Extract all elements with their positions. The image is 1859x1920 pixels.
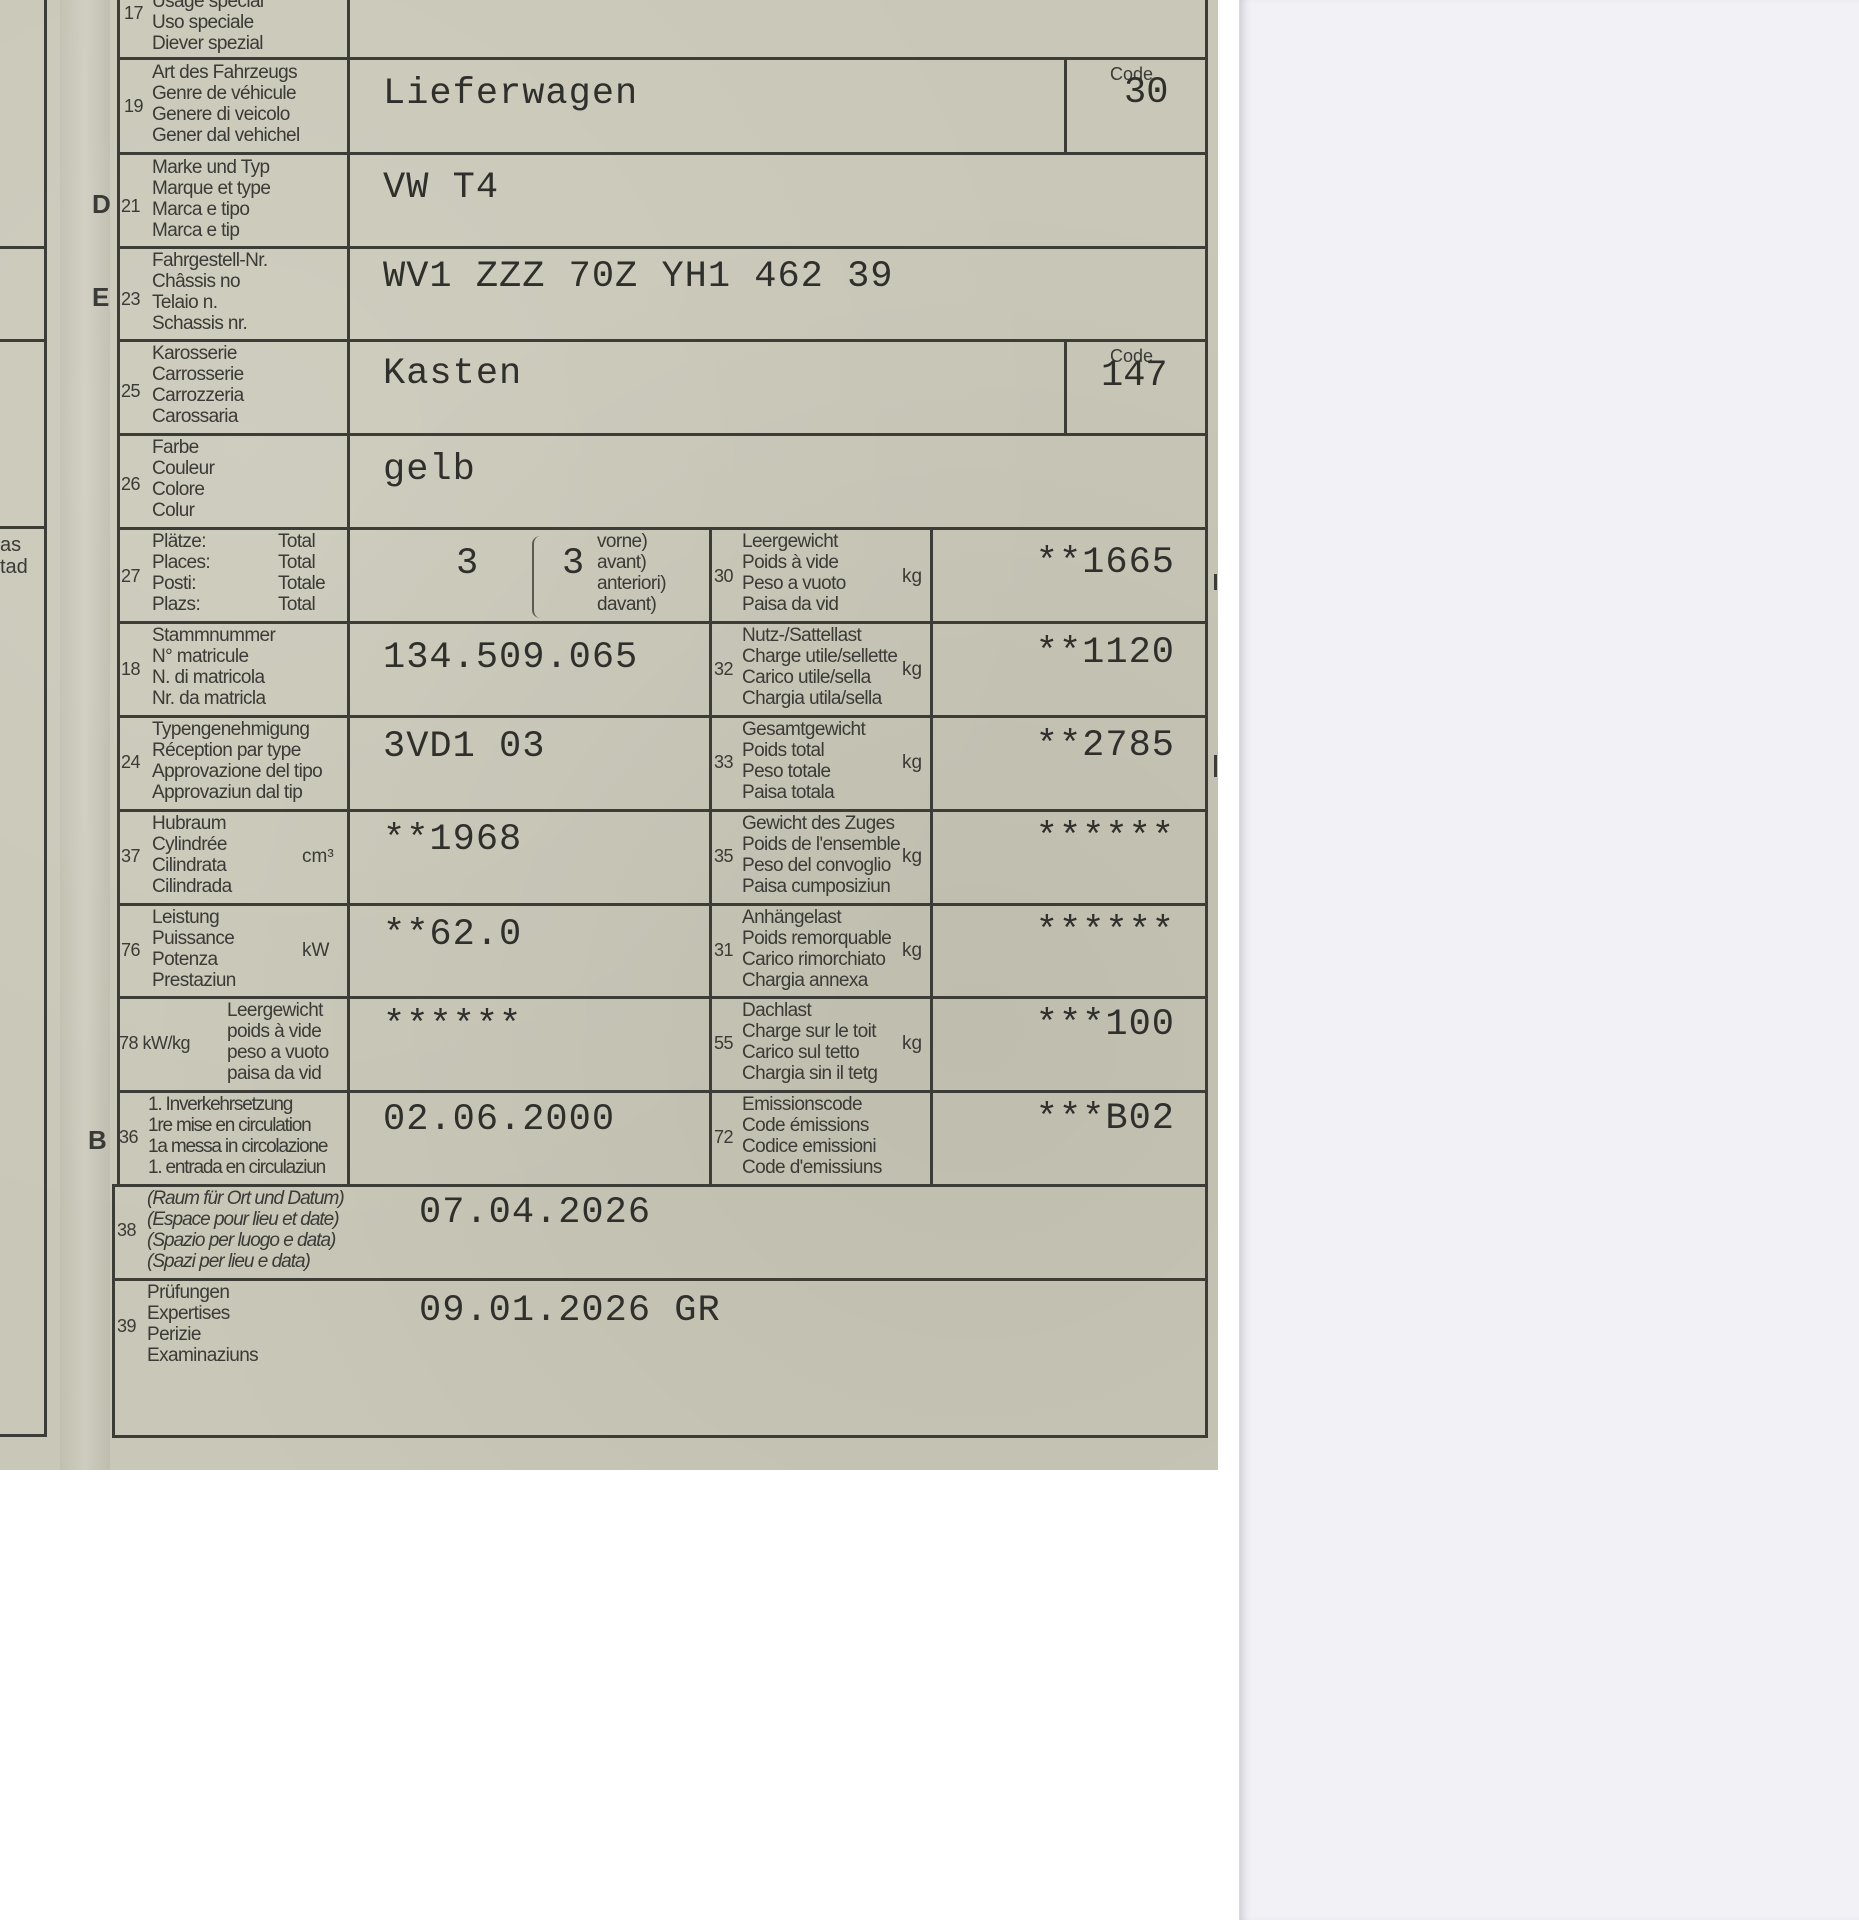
vehicle-type-code: 30: [1124, 72, 1168, 114]
field-number: 55: [714, 1033, 733, 1054]
field-label-31: AnhängelastPoids remorquableCarico rimor…: [742, 907, 891, 991]
code-box-divider: [1064, 57, 1067, 154]
unit-kg: kg: [902, 566, 922, 588]
field-number: 35: [714, 846, 733, 867]
left-page-partial-text: as: [0, 534, 21, 557]
row-divider: [117, 152, 1208, 155]
field-label-21: Marke und TypMarque et typeMarca e tipoM…: [152, 157, 270, 241]
section-letter-d: D: [92, 189, 111, 220]
unit-kg: kg: [902, 846, 922, 868]
field-number: 39: [117, 1316, 136, 1337]
field-label-25: KarosserieCarrosserieCarrozzeriaCarossar…: [152, 343, 244, 427]
left-page-partial-text: tad: [0, 556, 28, 579]
label-value-divider: [347, 0, 350, 1187]
row-divider: [117, 433, 1208, 436]
power-value: **62.0: [383, 915, 522, 955]
left-page-divider: [0, 246, 46, 249]
form-left-border: [117, 0, 120, 1187]
row-divider: [117, 57, 1208, 60]
color-value: gelb: [383, 450, 476, 490]
field-label-18: StammnummerN° matriculeN. di matricolaNr…: [152, 625, 275, 709]
seats-total-value: 3: [456, 544, 479, 584]
towing-weight-value: ******: [935, 912, 1175, 952]
edge-mark: [1214, 755, 1217, 777]
field-label-76: LeistungPuissancePotenzaPrestaziun: [152, 907, 236, 991]
unit-kg: kg: [902, 1033, 922, 1055]
row-divider: [112, 1278, 1208, 1281]
section-letter-e: E: [92, 282, 109, 313]
field-label-30: LeergewichtPoids à videPeso a vuotoPaisa…: [742, 531, 846, 615]
payload-value: **1120: [935, 633, 1175, 673]
field-number: 37: [121, 846, 140, 867]
field-label-33: GesamtgewichtPoids totalPeso totalePaisa…: [742, 719, 865, 803]
weight-value-divider: [930, 527, 933, 1187]
total-weight-value: **2785: [935, 726, 1175, 766]
vehicle-type-value: Lieferwagen: [383, 74, 638, 114]
field-number: 27: [121, 566, 140, 587]
row-divider: [117, 996, 1208, 999]
field-number: 17: [124, 3, 143, 24]
row-divider: [117, 621, 1208, 624]
row-divider: [117, 246, 1208, 249]
form-bottom-border: [112, 1435, 1208, 1438]
field-label-24: TypengenehmigungRéception par typeApprov…: [152, 719, 322, 803]
displacement-value: **1968: [383, 820, 522, 860]
viewer-side-panel: [1239, 0, 1859, 1920]
first-registration-value: 02.06.2000: [383, 1100, 615, 1140]
body-type-code: 147: [1101, 355, 1168, 397]
field-number: 36: [119, 1127, 138, 1148]
row-divider: [117, 809, 1208, 812]
unit-kw: kW: [302, 940, 329, 962]
form-right-border: [1205, 0, 1208, 1438]
emission-code-value: ***B02: [935, 1099, 1175, 1139]
field-number: 33: [714, 752, 733, 773]
unit-cm3: cm³: [302, 846, 334, 868]
seats-front-value: 3: [562, 544, 585, 584]
place-date-value: 07.04.2026: [419, 1193, 651, 1233]
field-number: 21: [121, 196, 140, 217]
roof-load-value: ***100: [935, 1005, 1175, 1045]
row-divider: [112, 1184, 1208, 1187]
field-number: 26: [121, 474, 140, 495]
field-label-39: PrüfungenExpertisesPerizieExaminaziuns: [147, 1282, 258, 1366]
field-number: 30: [714, 566, 733, 587]
unit-kg: kg: [902, 752, 922, 774]
middle-column-divider: [709, 527, 712, 1187]
form-left-border-lower: [112, 1185, 115, 1438]
edge-mark: [1214, 574, 1217, 590]
left-page-divider: [0, 526, 46, 529]
field-number: 19: [124, 96, 143, 117]
left-page-border: [44, 0, 47, 1437]
field-label-17: Usage spécialUso specialeDiever spezial: [152, 0, 264, 54]
body-type-value: Kasten: [383, 354, 522, 394]
field-label-55: DachlastCharge sur le toitCarico sul tet…: [742, 1000, 877, 1084]
front-seat-labels: vorne)avant)anteriori)davant): [597, 531, 666, 615]
unit-kg: kg: [902, 940, 922, 962]
field-label-72: EmissionscodeCode émissionsCodice emissi…: [742, 1094, 882, 1178]
row-divider: [117, 715, 1208, 718]
field-number: 18: [121, 659, 140, 680]
field-number: 78 kW/kg: [119, 1033, 190, 1054]
vehicle-registration-document: as tad D E B 17 Usage spécialUso special…: [0, 0, 1218, 1470]
field-number: 23: [121, 289, 140, 310]
seat-total-labels: TotalTotalTotaleTotal: [278, 531, 325, 615]
page-fold: [60, 0, 110, 1470]
brace-icon: [532, 536, 542, 618]
field-label-19: Art des FahrzeugsGenre de véhiculeGenere…: [152, 62, 300, 146]
left-page-divider: [0, 339, 46, 342]
field-number: 38: [117, 1220, 136, 1241]
field-label-38: (Raum für Ort und Datum)(Espace pour lie…: [147, 1188, 344, 1272]
field-number: 24: [121, 752, 140, 773]
type-approval-value: 3VD1 03: [383, 727, 545, 767]
field-label-23: Fahrgestell-Nr.Châssis noTelaio n.Schass…: [152, 250, 268, 334]
field-label-37: HubraumCylindréeCilindrataCilindrada: [152, 813, 232, 897]
registry-number-value: 134.509.065: [383, 638, 638, 678]
field-label-27: Plätze:Places:Posti:Plazs:: [152, 531, 210, 615]
field-number: 76: [121, 940, 140, 961]
field-number: 72: [714, 1127, 733, 1148]
make-model-value: VW T4: [383, 168, 499, 208]
row-divider: [117, 903, 1208, 906]
field-label-26: FarbeCouleurColoreColur: [152, 437, 214, 521]
field-label-36: 1. Inverkehrsetzung1re mise en circulati…: [148, 1094, 327, 1178]
power-to-weight-value: ******: [383, 1006, 522, 1046]
field-number: 31: [714, 940, 733, 961]
chassis-number-value: WV1 ZZZ 70Z YH1 462 39: [383, 257, 893, 297]
unit-kg: kg: [902, 659, 922, 681]
field-label-32: Nutz-/SattellastCharge utile/selletteCar…: [742, 625, 897, 709]
left-page-divider: [0, 1434, 46, 1437]
section-letter-b: B: [88, 1125, 107, 1156]
empty-weight-value: **1665: [935, 543, 1175, 583]
field-number: 25: [121, 381, 140, 402]
row-divider: [117, 339, 1208, 342]
row-divider: [117, 527, 1208, 530]
code-box-divider: [1064, 339, 1067, 436]
inspection-value: 09.01.2026 GR: [419, 1291, 721, 1331]
field-label-35: Gewicht des ZugesPoids de l'ensemblePeso…: [742, 813, 900, 897]
field-label-78: Leergewichtpoids à videpeso a vuotopaisa…: [227, 1000, 329, 1084]
row-divider: [117, 1090, 1208, 1093]
combination-weight-value: ******: [935, 818, 1175, 858]
field-number: 32: [714, 659, 733, 680]
